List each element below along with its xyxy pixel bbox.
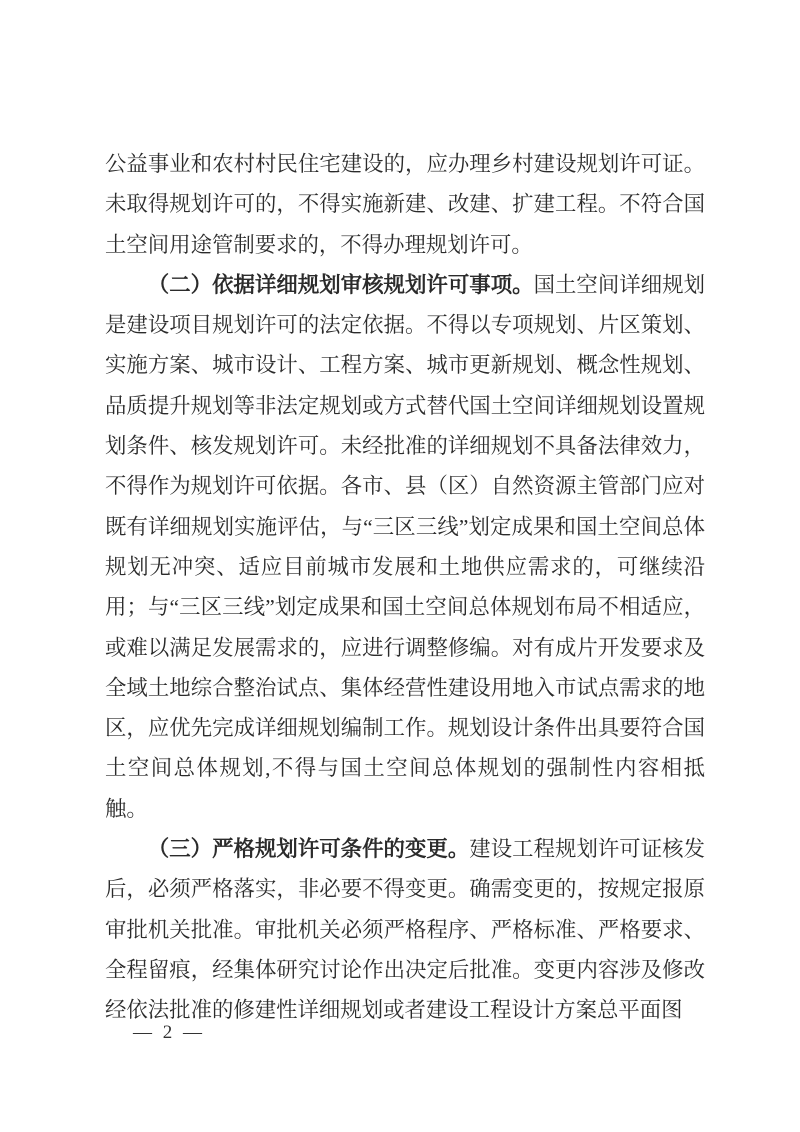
section-heading: （二）依据详细规划审核规划许可事项。 [148,273,534,297]
document-body: 公益事业和农村村民住宅建设的，应办理乡村建设规划许可证。未取得规划许可的，不得实… [105,144,705,1031]
paragraph: （三）严格规划许可条件的变更。建设工程规划许可证核发后，必须严格落实，非必要不得… [105,829,705,1030]
paragraph-text: 国土空间详细规划是建设项目规划许可的法定依据。不得以专项规划、片区策划、实施方案… [105,273,705,821]
document-page: 公益事业和农村村民住宅建设的，应办理乡村建设规划许可证。未取得规划许可的，不得实… [0,0,800,1132]
paragraph: 公益事业和农村村民住宅建设的，应办理乡村建设规划许可证。未取得规划许可的，不得实… [105,144,705,265]
paragraph-text: 建设工程规划许可证核发后，必须严格落实，非必要不得变更。确需变更的，按规定报原审… [105,837,705,1022]
paragraph: （二）依据详细规划审核规划许可事项。国土空间详细规划是建设项目规划许可的法定依据… [105,265,705,829]
page-number: — 2 — [133,1019,205,1047]
paragraph-text: 公益事业和农村村民住宅建设的，应办理乡村建设规划许可证。未取得规划许可的，不得实… [105,152,705,257]
section-heading: （三）严格规划许可条件的变更。 [148,837,469,861]
